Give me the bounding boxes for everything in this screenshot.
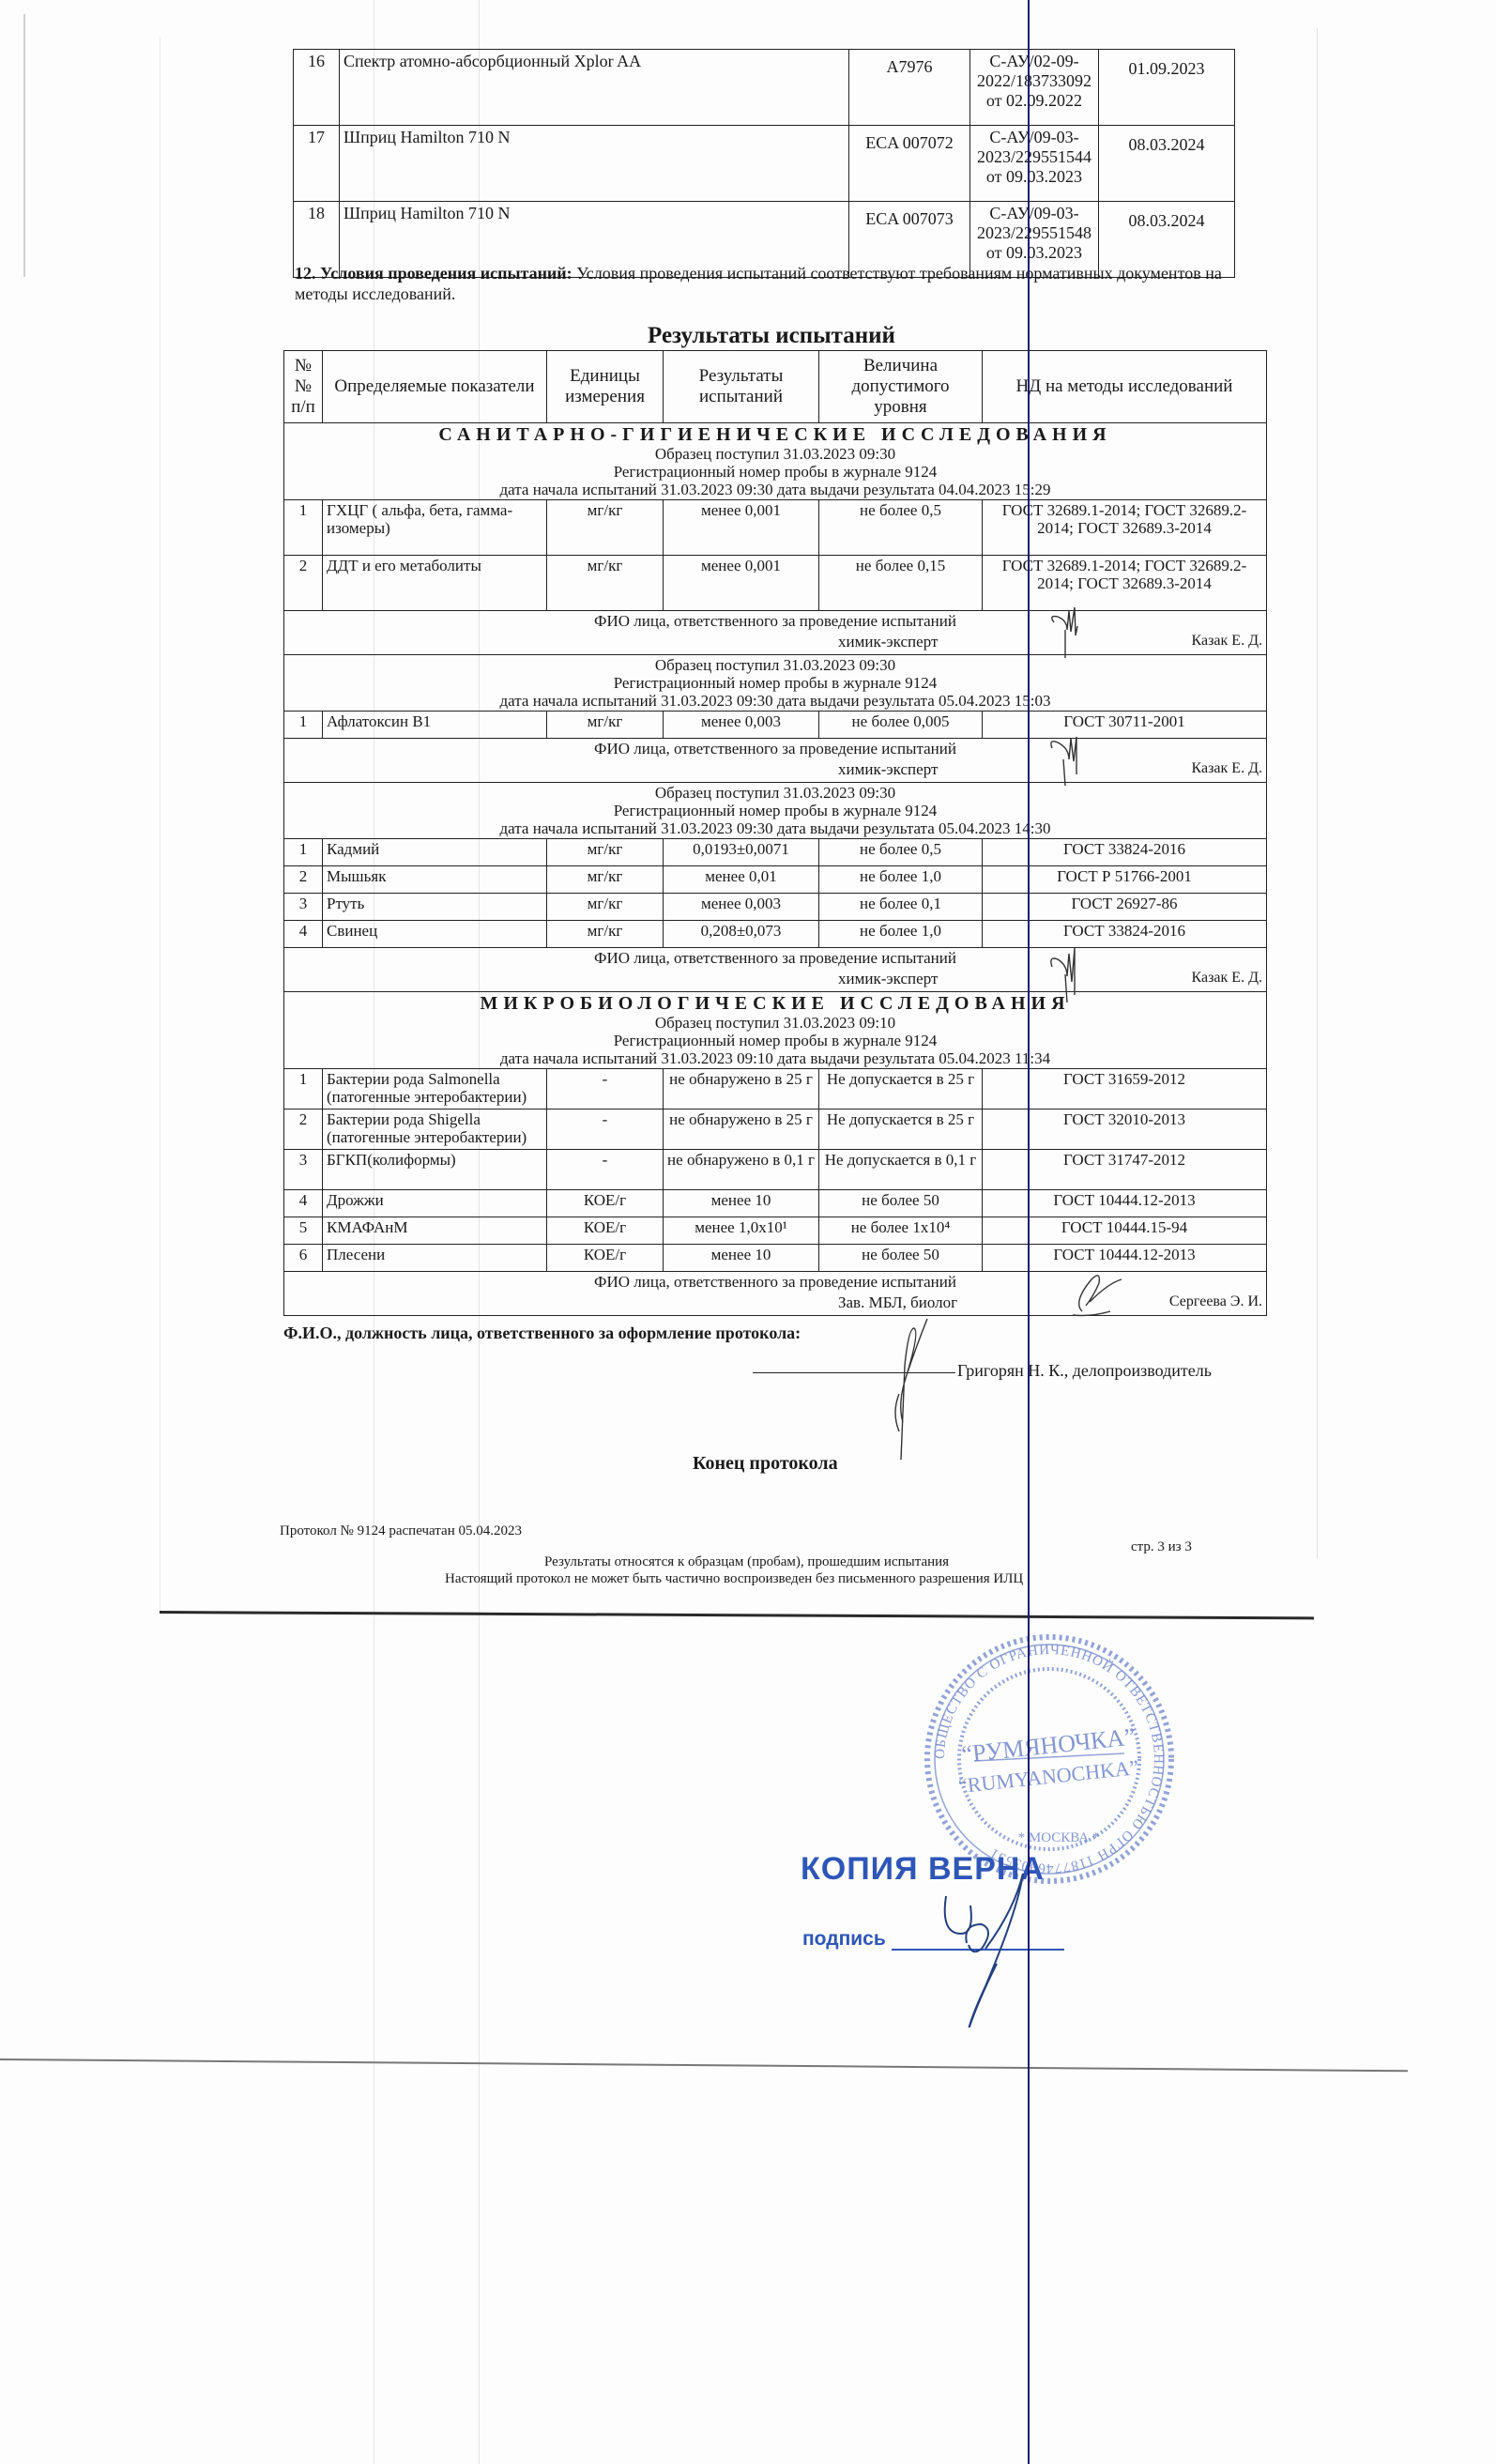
valid-until: 08.03.2024 (1099, 126, 1235, 202)
page-bottom-edge (160, 1611, 1314, 1619)
cell-unit: мг/кг (547, 866, 664, 894)
cell-limit: не более 1,0 (819, 866, 983, 894)
cell-indicator: Свинец (323, 921, 547, 948)
page-edge (23, 14, 25, 277)
cell-limit: не более 1x10⁴ (819, 1217, 983, 1245)
cell-indicator: ДДТ и его метаболиты (323, 556, 547, 611)
cell-method: ГОСТ 10444.12-2013 (983, 1190, 1267, 1217)
test-dates: дата начала испытаний 31.03.2023 09:30 д… (288, 481, 1262, 498)
result-row: 4 Свинец мг/кг 0,208±0,073 не более 1,0 … (284, 921, 1267, 948)
result-row: 1 Бактерии рода Salmonella (патогенные э… (284, 1069, 1267, 1110)
result-row: 3 БГКП(колиформы) - не обнаружено в 0,1 … (284, 1150, 1267, 1190)
sample-reg-number: Регистрационный номер пробы в журнале 91… (288, 802, 1262, 819)
cell-limit: Не допускается в 25 г (819, 1110, 983, 1150)
test-conditions: 12. Условия проведения испытаний: Услови… (295, 263, 1233, 304)
certificate: С-АУ/02-09-2022/183733092 от 02.09.2022 (970, 50, 1099, 126)
cell-limit: не более 50 (819, 1245, 983, 1272)
page-number: стр. 3 из 3 (1131, 1539, 1192, 1555)
header-result: Результаты испытаний (664, 351, 819, 423)
result-row: 5 КМАФАнМ КОЕ/г менее 1,0x10¹ не более 1… (284, 1217, 1267, 1245)
results-header: №№ п/п Определяемые показатели Единицы и… (284, 351, 1267, 423)
signature-icon (873, 1309, 939, 1469)
cell-result: не обнаружено в 25 г (664, 1110, 819, 1150)
sample-info: САНИТАРНО-ГИГИЕНИЧЕСКИЕ ИССЛЕДОВАНИЯ Обр… (284, 423, 1267, 500)
cell-unit: КОЕ/г (547, 1190, 664, 1217)
signature-icon (1063, 1264, 1129, 1321)
cell-limit: не более 0,5 (819, 500, 983, 556)
cell-unit: - (547, 1150, 664, 1190)
sample-info: Образец поступил 31.03.2023 09:30 Регист… (284, 783, 1267, 839)
equipment-name: Спектр атомно-абсорбционный Xplor AA (340, 50, 849, 126)
cell-result: менее 0,003 (664, 894, 819, 921)
header-num: №№ п/п (284, 351, 323, 423)
cell-result: 0,208±0,073 (664, 921, 819, 948)
responsible-row: ФИО лица, ответственного за проведение и… (284, 1272, 1267, 1316)
cell-indicator: Бактерии рода Shigella (патогенные энтер… (323, 1110, 547, 1150)
serial-number: A7976 (849, 50, 970, 126)
cell-unit: мг/кг (547, 894, 664, 921)
responsible-role: химик-эксперт (838, 633, 938, 650)
sample-reg-number: Регистрационный номер пробы в журнале 91… (288, 463, 1262, 481)
sample-reg-number: Регистрационный номер пробы в журнале 91… (288, 674, 1262, 692)
sample-reg-number: Регистрационный номер пробы в журнале 91… (288, 1032, 1262, 1049)
cell-result: менее 1,0x10¹ (664, 1217, 819, 1245)
signature-line (892, 1949, 1064, 1951)
sample-received: Образец поступил 31.03.2023 09:30 (288, 445, 1262, 463)
cell-limit: Не допускается в 0,1 г (819, 1150, 983, 1190)
cell-method: ГОСТ Р 51766-2001 (983, 866, 1267, 894)
responsible-row: ФИО лица, ответственного за проведение и… (284, 948, 1267, 992)
cell-unit: мг/кг (547, 712, 664, 739)
test-dates: дата начала испытаний 31.03.2023 09:10 д… (288, 1049, 1262, 1067)
result-row: 3 Ртуть мг/кг менее 0,003 не более 0,1 Г… (284, 894, 1267, 921)
sample-info: МИКРОБИОЛОГИЧЕСКИЕ ИССЛЕДОВАНИЯ Образец … (284, 992, 1267, 1069)
cell-method: ГОСТ 26927-86 (983, 894, 1267, 921)
cell-indicator: Бактерии рода Salmonella (патогенные энт… (323, 1069, 547, 1110)
cell-num: 2 (284, 556, 323, 611)
page-edge (1317, 28, 1318, 1558)
sample-received: Образец поступил 31.03.2023 09:10 (288, 1014, 1262, 1032)
cell-limit: не более 0,005 (819, 712, 983, 739)
responsible-name: Казак Е. Д. (1192, 969, 1262, 987)
sample-info: Образец поступил 31.03.2023 09:30 Регист… (284, 655, 1267, 712)
result-row: 1 Афлатоксин В1 мг/кг менее 0,003 не бол… (284, 712, 1267, 739)
cell-result: 0,0193±0,0071 (664, 839, 819, 866)
results-table: №№ п/п Определяемые показатели Единицы и… (283, 350, 1267, 1316)
result-row: 2 Мышьяк мг/кг менее 0,01 не более 1,0 Г… (284, 866, 1267, 894)
responsible-name: Казак Е. Д. (1192, 759, 1262, 777)
conditions-label: 12. Условия проведения испытаний: (295, 264, 572, 283)
cell-indicator: Кадмий (323, 839, 547, 866)
responsible-label: ФИО лица, ответственного за проведение и… (288, 612, 1262, 630)
end-of-protocol: Конец протокола (693, 1453, 838, 1475)
cell-result: менее 0,01 (664, 866, 819, 894)
sheet-bottom-edge (0, 2058, 1408, 2072)
cell-num: 4 (284, 921, 323, 948)
responsible-row: ФИО лица, ответственного за проведение и… (284, 739, 1267, 783)
cell-method: ГОСТ 30711-2001 (983, 712, 1267, 739)
cell-limit: не более 0,15 (819, 556, 983, 611)
cell-result: менее 10 (664, 1245, 819, 1272)
signature-icon (929, 1868, 1032, 2028)
cell-num: 2 (284, 866, 323, 894)
cell-unit: КОЕ/г (547, 1217, 664, 1245)
cell-unit: мг/кг (547, 839, 664, 866)
test-dates: дата начала испытаний 31.03.2023 09:30 д… (288, 819, 1262, 837)
cell-num: 3 (284, 1150, 323, 1190)
result-row: 2 Бактерии рода Shigella (патогенные энт… (284, 1110, 1267, 1150)
cell-num: 3 (284, 894, 323, 921)
signature-line (753, 1372, 955, 1373)
cell-unit: мг/кг (547, 921, 664, 948)
cell-num: 4 (284, 1190, 323, 1217)
copy-certified-label: КОПИЯ ВЕРНА (801, 1851, 1045, 1888)
cell-method: ГОСТ 10444.15-94 (983, 1217, 1267, 1245)
responsible-role: химик-эксперт (838, 970, 938, 987)
equipment-table: 16 Спектр атомно-абсорбционный Xplor AA … (293, 49, 1235, 278)
cell-method: ГОСТ 33824-2016 (983, 921, 1267, 948)
test-dates: дата начала испытаний 31.03.2023 09:30 д… (288, 692, 1262, 710)
responsible-name: Сергеева Э. И. (1169, 1293, 1262, 1310)
cell-limit: не более 0,5 (819, 839, 983, 866)
cell-indicator: Ртуть (323, 894, 547, 921)
cell-num: 2 (284, 1110, 323, 1150)
sample-received: Образец поступил 31.03.2023 09:30 (288, 656, 1262, 674)
cell-num: 1 (284, 1069, 323, 1110)
protocol-responsible-label: Ф.И.О., должность лица, ответственного з… (283, 1324, 801, 1343)
equipment-row: 17 Шприц Hamilton 710 N ECA 007072 С-АУ/… (294, 126, 1235, 202)
cell-result: менее 0,001 (664, 556, 819, 611)
protocol-responsible-name: Григорян Н. К., делопроизводитель (957, 1361, 1212, 1381)
print-info: Протокол № 9124 распечатан 05.04.2023 (280, 1523, 522, 1539)
cell-limit: не более 0,1 (819, 894, 983, 921)
row-number: 16 (294, 50, 340, 126)
header-limit: Величина допустимого уровня (819, 351, 983, 423)
responsible-row: ФИО лица, ответственного за проведение и… (284, 611, 1267, 655)
equipment-name: Шприц Hamilton 710 N (340, 126, 849, 202)
sample-received: Образец поступил 31.03.2023 09:30 (288, 784, 1262, 802)
signature-icon (1045, 941, 1101, 1006)
responsible-label: ФИО лица, ответственного за проведение и… (288, 949, 1262, 967)
header-method: НД на методы исследований (983, 351, 1267, 423)
header-unit: Единицы измерения (547, 351, 664, 423)
cell-indicator: ГХЦГ ( альфа, бета, гамма-изомеры) (323, 500, 547, 556)
cell-unit: мг/кг (547, 500, 664, 556)
cell-unit: мг/кг (547, 556, 664, 611)
cell-method: ГОСТ 32689.1-2014; ГОСТ 32689.2-2014; ГО… (983, 500, 1267, 556)
cell-indicator: Афлатоксин В1 (323, 712, 547, 739)
cell-unit: - (547, 1069, 664, 1110)
page-edge (160, 38, 160, 1611)
signature-label: подпись (802, 1928, 886, 1951)
cell-num: 1 (284, 712, 323, 739)
result-row: 1 ГХЦГ ( альфа, бета, гамма-изомеры) мг/… (284, 500, 1267, 556)
disclaimer: Результаты относятся к образцам (пробам)… (544, 1554, 949, 1570)
result-row: 1 Кадмий мг/кг 0,0193±0,0071 не более 0,… (284, 839, 1267, 866)
cell-method: ГОСТ 32010-2013 (983, 1110, 1267, 1150)
responsible-label: ФИО лица, ответственного за проведение и… (288, 740, 1262, 758)
header-indicator: Определяемые показатели (323, 351, 547, 423)
cell-unit: КОЕ/г (547, 1245, 664, 1272)
responsible-name: Казак Е. Д. (1192, 632, 1262, 650)
cell-method: ГОСТ 33824-2016 (983, 839, 1267, 866)
cell-limit: не более 50 (819, 1190, 983, 1217)
certificate: С-АУ/09-03-2023/229551544 от 09.03.2023 (970, 126, 1099, 202)
row-number: 17 (294, 126, 340, 202)
cell-num: 1 (284, 839, 323, 866)
cell-result: менее 0,001 (664, 500, 819, 556)
responsible-role: Зав. МБЛ, биолог (838, 1293, 957, 1311)
signature-icon (1045, 604, 1101, 660)
result-row: 2 ДДТ и его метаболиты мг/кг менее 0,001… (284, 556, 1267, 611)
signature-icon (1045, 731, 1101, 788)
responsible-role: химик-эксперт (838, 760, 938, 778)
svg-text:* МОСКВА *: * МОСКВА * (1018, 1830, 1100, 1845)
cell-indicator: Плесени (323, 1245, 547, 1272)
cell-result: не обнаружено в 25 г (664, 1069, 819, 1110)
cell-num: 5 (284, 1217, 323, 1245)
cell-limit: Не допускается в 25 г (819, 1069, 983, 1110)
section-title: МИКРОБИОЛОГИЧЕСКИЕ ИССЛЕДОВАНИЯ (288, 993, 1262, 1014)
cell-result: менее 0,003 (664, 712, 819, 739)
cell-indicator: Мышьяк (323, 866, 547, 894)
cell-result: не обнаружено в 0,1 г (664, 1150, 819, 1190)
cell-num: 6 (284, 1245, 323, 1272)
serial-number: ECA 007072 (849, 126, 970, 202)
cell-indicator: БГКП(колиформы) (323, 1150, 547, 1190)
results-title: Результаты испытаний (648, 323, 895, 349)
cell-num: 1 (284, 500, 323, 556)
cell-result: менее 10 (664, 1190, 819, 1217)
cell-method: ГОСТ 32689.1-2014; ГОСТ 32689.2-2014; ГО… (983, 556, 1267, 611)
scan-artifact-line (1028, 0, 1030, 2464)
result-row: 4 Дрожжи КОЕ/г менее 10 не более 50 ГОСТ… (284, 1190, 1267, 1217)
valid-until: 01.09.2023 (1099, 50, 1235, 126)
cell-indicator: Дрожжи (323, 1190, 547, 1217)
section-title: САНИТАРНО-ГИГИЕНИЧЕСКИЕ ИССЛЕДОВАНИЯ (288, 424, 1262, 445)
cell-method: ГОСТ 31659-2012 (983, 1069, 1267, 1110)
company-stamp-icon: ОБЩЕСТВО С ОГРАНИЧЕННОЙ ОТВЕТСТВЕННОСТЬЮ… (908, 1633, 1190, 1885)
disclaimer: Настоящий протокол не может быть частичн… (445, 1571, 1023, 1587)
cell-limit: не более 1,0 (819, 921, 983, 948)
equipment-row: 16 Спектр атомно-абсорбционный Xplor AA … (294, 50, 1235, 126)
cell-method: ГОСТ 31747-2012 (983, 1150, 1267, 1190)
cell-unit: - (547, 1110, 664, 1150)
cell-indicator: КМАФАнМ (323, 1217, 547, 1245)
